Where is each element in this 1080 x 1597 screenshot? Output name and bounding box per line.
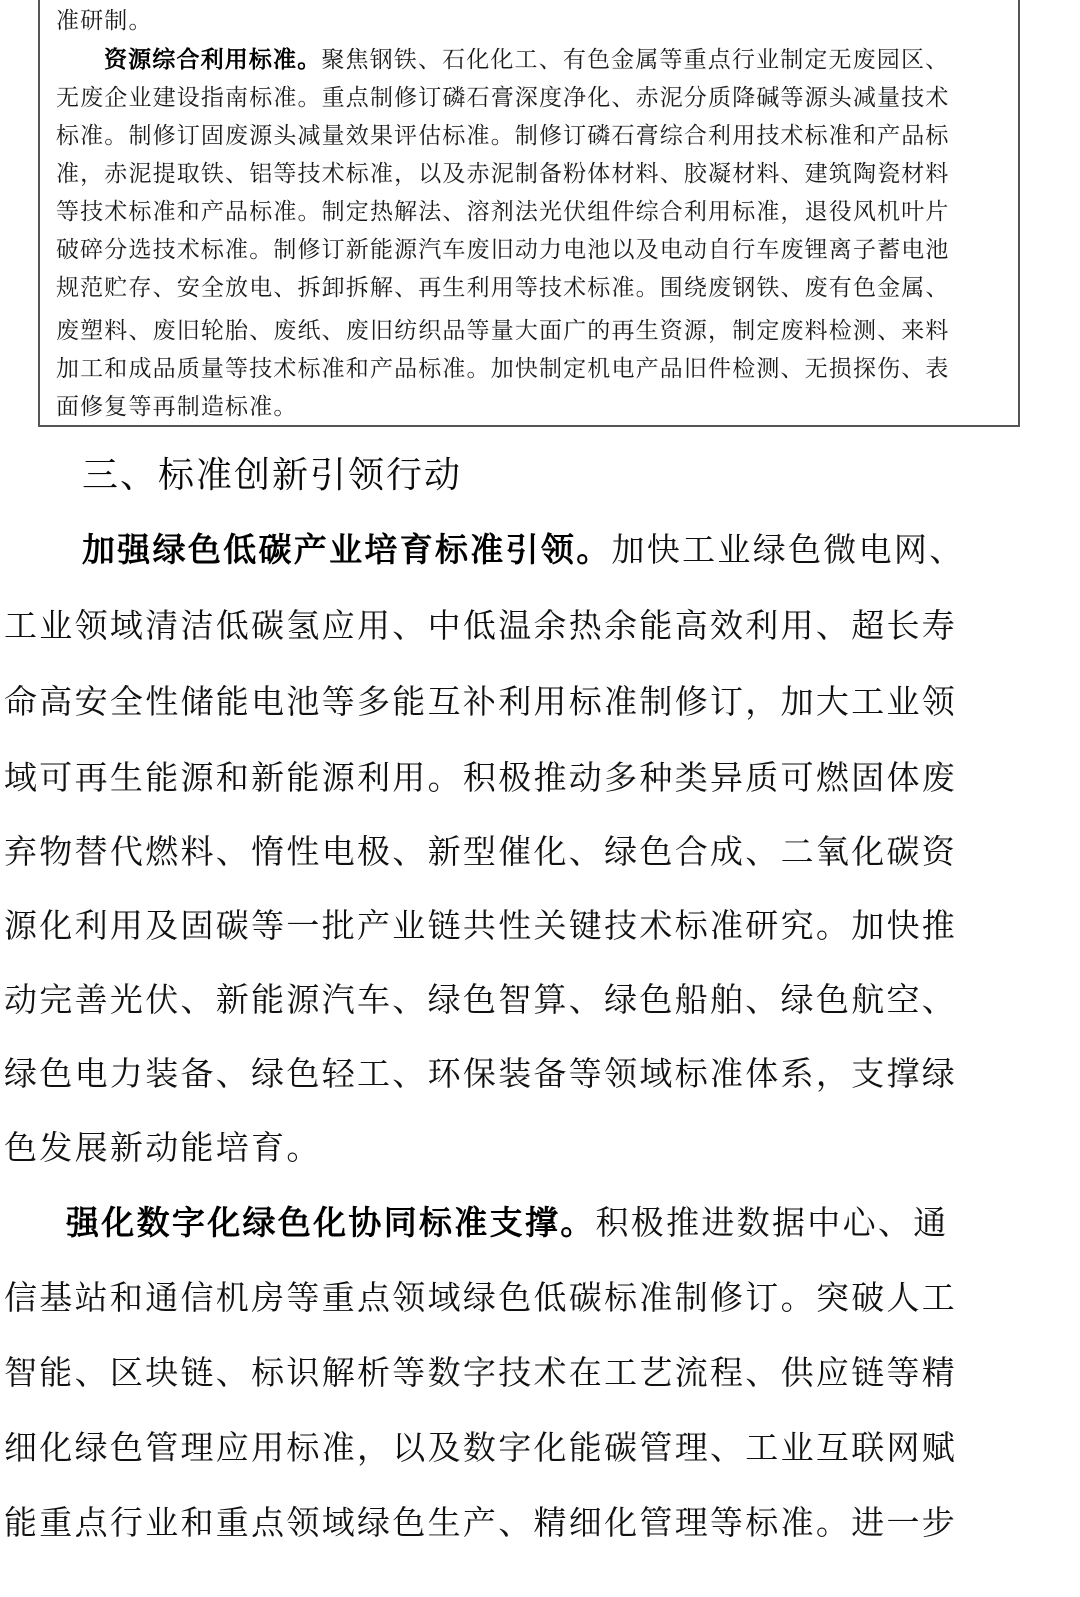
paragraph-line: 命高安全性储能电池等多能互补利用标准制修订，加大工业领 <box>4 672 957 732</box>
box-line: 准，赤泥提取铁、铝等技术标准，以及赤泥制备粉体材料、胶凝材料、建筑陶瓷材料 <box>56 155 950 193</box>
paragraph-line: 能重点行业和重点领域绿色生产、精细化管理等标准。进一步 <box>4 1493 957 1553</box>
box-line-text: 破碎分选技术标准。制修订新能源汽车废旧动力电池以及电动自行车废锂离子蓄电池 <box>56 237 950 263</box>
box-line: 准研制。 <box>56 2 153 40</box>
paragraph-text: 加快工业绿色微电网、 <box>612 530 965 569</box>
box-line-text: 准，赤泥提取铁、铝等技术标准，以及赤泥制备粉体材料、胶凝材料、建筑陶瓷材料 <box>56 161 950 187</box>
box-lead-title: 资源综合利用标准。 <box>104 46 321 73</box>
box-line: 破碎分选技术标准。制修订新能源汽车废旧动力电池以及电动自行车废锂离子蓄电池 <box>56 231 950 269</box>
paragraph-line: 智能、区块链、标识解析等数字技术在工艺流程、供应链等精 <box>4 1343 957 1403</box>
box-line-text: 规范贮存、安全放电、拆卸拆解、再生利用等技术标准。围绕废钢铁、废有色金属、 <box>56 275 950 301</box>
box-line: 废塑料、废旧轮胎、废纸、废旧纺织品等量大面广的再生资源，制定废料检测、来料 <box>56 312 950 350</box>
paragraph-line: 色发展新动能培育。 <box>4 1118 322 1178</box>
paragraph-line: 信基站和通信机房等重点领域绿色低碳标准制修订。突破人工 <box>4 1268 957 1328</box>
paragraph-lead-title: 加强绿色低碳产业培育标准引领。 <box>82 530 612 569</box>
box-line-text: 标准。制修订固废源头减量效果评估标准。制修订磷石膏综合利用技术标准和产品标 <box>56 123 950 149</box>
paragraph-line: 域可再生能源和新能源利用。积极推动多种类异质可燃固体废 <box>4 748 957 808</box>
box-line-text: 等技术标准和产品标准。制定热解法、溶剂法光伏组件综合利用标准，退役风机叶片 <box>56 199 950 225</box>
paragraph-text: 积极推进数据中心、通 <box>596 1203 949 1242</box>
paragraph-line: 工业领域清洁低碳氢应用、中低温余热余能高效利用、超长寿 <box>4 596 957 656</box>
paragraph-lead-title: 强化数字化绿色化协同标准支撑。 <box>66 1203 596 1242</box>
paragraph-line: 源化利用及固碳等一批产业链共性关键技术标准研究。加快推 <box>4 896 957 956</box>
box-line: 加工和成品质量等技术标准和产品标准。加快制定机电产品旧件检测、无损探伤、表 <box>56 350 950 388</box>
box-line-text: 加工和成品质量等技术标准和产品标准。加快制定机电产品旧件检测、无损探伤、表 <box>56 356 950 382</box>
box-line: 资源综合利用标准。聚焦钢铁、石化化工、有色金属等重点行业制定无废园区、 <box>104 41 949 79</box>
paragraph-line: 强化数字化绿色化协同标准支撑。积极推进数据中心、通 <box>66 1193 949 1253</box>
section-heading: 三、标准创新引领行动 <box>82 448 462 504</box>
box-line-text: 面修复等再制造标准。 <box>56 394 298 420</box>
box-line-text: 聚焦钢铁、石化化工、有色金属等重点行业制定无废园区、 <box>321 47 949 73</box>
box-line: 规范贮存、安全放电、拆卸拆解、再生利用等技术标准。围绕废钢铁、废有色金属、 <box>56 269 950 307</box>
paragraph-line: 绿色电力装备、绿色轻工、环保装备等领域标准体系，支撑绿 <box>4 1044 957 1104</box>
box-line-text: 准研制。 <box>56 8 153 34</box>
paragraph-line: 加强绿色低碳产业培育标准引领。加快工业绿色微电网、 <box>82 520 965 580</box>
paragraph-line: 弃物替代燃料、惰性电极、新型催化、绿色合成、二氧化碳资 <box>4 822 957 882</box>
box-line: 面修复等再制造标准。 <box>56 388 298 426</box>
box-line: 标准。制修订固废源头减量效果评估标准。制修订磷石膏综合利用技术标准和产品标 <box>56 117 950 155</box>
paragraph-line: 动完善光伏、新能源汽车、绿色智算、绿色船舶、绿色航空、 <box>4 970 957 1030</box>
box-line: 等技术标准和产品标准。制定热解法、溶剂法光伏组件综合利用标准，退役风机叶片 <box>56 193 950 231</box>
box-line-text: 废塑料、废旧轮胎、废纸、废旧纺织品等量大面广的再生资源，制定废料检测、来料 <box>56 318 950 344</box>
paragraph-line: 细化绿色管理应用标准，以及数字化能碳管理、工业互联网赋 <box>4 1418 957 1478</box>
box-line: 无废企业建设指南标准。重点制修订磷石膏深度净化、赤泥分质降碱等源头减量技术 <box>56 79 950 117</box>
box-line-text: 无废企业建设指南标准。重点制修订磷石膏深度净化、赤泥分质降碱等源头减量技术 <box>56 85 950 111</box>
